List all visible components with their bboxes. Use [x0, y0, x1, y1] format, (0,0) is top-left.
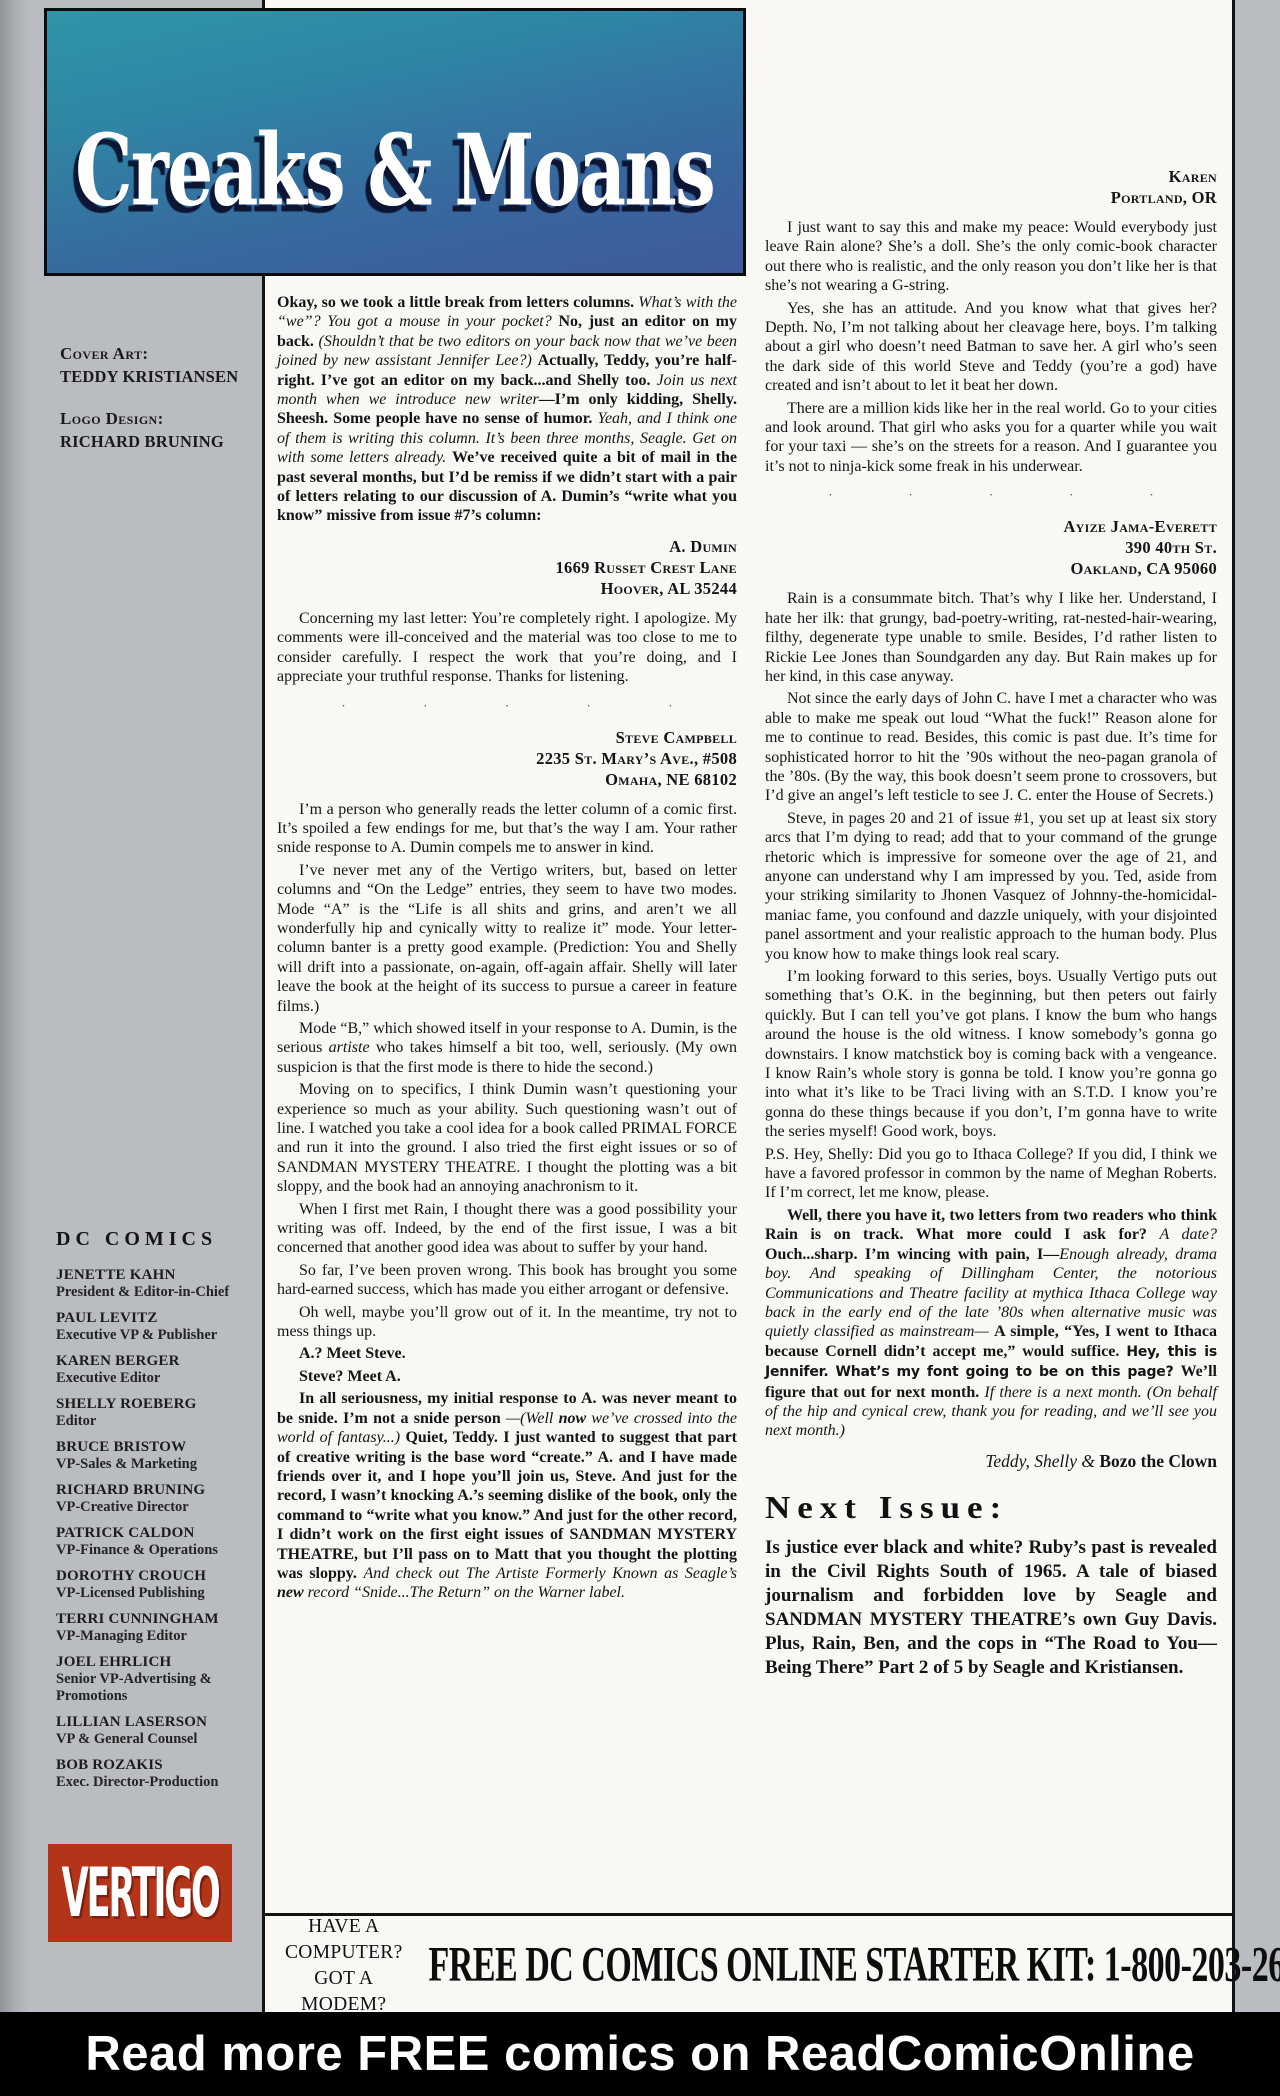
letter-writer-address: KarenPortland, OR [765, 166, 1217, 208]
site-watermark-bar[interactable]: Read more FREE comics on ReadComicOnline [0, 2012, 1280, 2096]
address-line: Oakland, CA 95060 [765, 558, 1217, 579]
page-scan-edge [0, 0, 30, 2012]
text-run: Ouch...sharp. I’m wincing with pain, I— [765, 1246, 1059, 1263]
dc-comics-heading: DC COMICS [56, 1228, 261, 1251]
credits-block: Cover Art:TEDDY KRISTIANSENLogo Design:R… [60, 344, 255, 474]
letter-paragraph: Mode “B,” which showed itself in your re… [277, 1019, 737, 1077]
letters-column-right: KarenPortland, ORI just want to say this… [765, 156, 1217, 1683]
text-run: now [559, 1410, 587, 1427]
vertigo-logo: VERTIGO [48, 1844, 232, 1942]
staff-title: VP-Sales & Marketing [56, 1456, 261, 1473]
staff-name: JENETTE KAHN [56, 1267, 261, 1284]
text-run: P.S. Hey, Shelly: Did you go to Ithaca C… [765, 1146, 1217, 1202]
text-run: Rain is a consummate bitch. That’s why I… [765, 590, 1217, 685]
title-banner: Creaks & Moans [44, 8, 746, 276]
staff-name: LILLIAN LASERSON [56, 1714, 261, 1731]
text-run: A date? [1159, 1226, 1217, 1243]
vertigo-logo-text: VERTIGO [61, 1854, 218, 1932]
address-line: 390 40th St. [765, 537, 1217, 558]
text-run: Yes, she has an attitude. And you know w… [765, 300, 1217, 395]
staff-title: VP-Managing Editor [56, 1628, 261, 1645]
staff-entry: RICHARD BRUNINGVP-Creative Director [56, 1482, 261, 1516]
letter-paragraph: I’ve never met any of the Vertigo writer… [277, 861, 737, 1016]
letter-paragraph: Steve? Meet A. [277, 1367, 737, 1386]
staff-name: KAREN BERGER [56, 1353, 261, 1370]
staff-entry: PATRICK CALDONVP-Finance & Operations [56, 1525, 261, 1559]
letter-paragraph: In all seriousness, my initial response … [277, 1389, 737, 1602]
staff-title: President & Editor-in-Chief [56, 1284, 261, 1301]
footer-divider-rule [262, 1913, 1235, 1916]
staff-entry: PAUL LEVITZExecutive VP & Publisher [56, 1310, 261, 1344]
letter-paragraph: Okay, so we took a little break from let… [277, 293, 737, 526]
staff-name: PATRICK CALDON [56, 1525, 261, 1542]
letter-paragraph: P.S. Hey, Shelly: Did you go to Ithaca C… [765, 1145, 1217, 1203]
letter-writer-address: Steve Campbell2235 St. Mary’s Ave., #508… [277, 727, 737, 790]
staff-name: PAUL LEVITZ [56, 1310, 261, 1327]
text-run: record “Snide...The Return” on the Warne… [304, 1584, 625, 1601]
staff-entry: SHELLY ROEBERGEditor [56, 1396, 261, 1430]
have-computer-line: HAVE A COMPUTER? [285, 1914, 403, 1966]
text-run: Bozo the Clown [1099, 1451, 1217, 1471]
dc-comics-block: DC COMICS JENETTE KAHNPresident & Editor… [56, 1228, 261, 1800]
text-run: —(Well [506, 1410, 559, 1427]
text-run: Steve? Meet A. [299, 1368, 401, 1385]
address-line: 2235 St. Mary’s Ave., #508 [277, 748, 737, 769]
staff-entry: BRUCE BRISTOWVP-Sales & Marketing [56, 1439, 261, 1473]
text-run: new [277, 1584, 304, 1601]
letter-paragraph: So far, I’ve been proven wrong. This boo… [277, 1261, 737, 1300]
letters-column-left: Okay, so we took a little break from let… [277, 293, 737, 1606]
text-run: Oh well, maybe you’ll grow out of it. In… [277, 1304, 737, 1340]
text-run: Well, there you have it, two letters fro… [765, 1207, 1217, 1243]
editor-signature: Teddy, Shelly & Bozo the Clown [765, 1451, 1217, 1472]
text-run: Steve, in pages 20 and 21 of issue #1, y… [765, 810, 1217, 963]
text-run: Concerning my last letter: You’re comple… [277, 610, 737, 685]
text-run: And check out The Artiste Formerly Known… [363, 1565, 737, 1582]
letter-writer-address: A. Dumin1669 Russet Crest LaneHoover, AL… [277, 536, 737, 599]
text-run: When I first met Rain, I thought there w… [277, 1201, 737, 1257]
text-run: Is justice ever black and white? Ruby’s … [765, 1537, 1217, 1678]
letter-paragraph: There are a million kids like her in the… [765, 399, 1217, 477]
staff-list: JENETTE KAHNPresident & Editor-in-ChiefP… [56, 1267, 261, 1791]
address-line: Karen [765, 166, 1217, 187]
letter-paragraph: Rain is a consummate bitch. That’s why I… [765, 589, 1217, 686]
letter-paragraph: I just want to say this and make my peac… [765, 218, 1217, 296]
text-run: A.? Meet Steve. [299, 1345, 406, 1362]
section-divider: ····· [828, 490, 1153, 500]
staff-title: Executive Editor [56, 1370, 261, 1387]
staff-entry: TERRI CUNNINGHAMVP-Managing Editor [56, 1611, 261, 1645]
text-run: There are a million kids like her in the… [765, 400, 1217, 475]
address-line: A. Dumin [277, 536, 737, 557]
staff-entry: BOB ROZAKISExec. Director-Production [56, 1757, 261, 1791]
text-run: So far, I’ve been proven wrong. This boo… [277, 1262, 737, 1298]
staff-name: BOB ROZAKIS [56, 1757, 261, 1774]
credit-name: RICHARD BRUNING [60, 432, 255, 452]
address-line: Portland, OR [765, 187, 1217, 208]
staff-entry: JENETTE KAHNPresident & Editor-in-Chief [56, 1267, 261, 1301]
staff-title: Senior VP-Advertising & Promotions [56, 1671, 261, 1705]
staff-name: DOROTHY CROUCH [56, 1568, 261, 1585]
next-issue-text: Is justice ever black and white? Ruby’s … [765, 1536, 1217, 1680]
staff-entry: DOROTHY CROUCHVP-Licensed Publishing [56, 1568, 261, 1602]
staff-title: Executive VP & Publisher [56, 1327, 261, 1344]
got-modem-line: GOT A MODEM? [285, 1966, 403, 2018]
staff-name: SHELLY ROEBERG [56, 1396, 261, 1413]
text-run: I’m looking forward to this series, boys… [765, 968, 1217, 1140]
text-run: I’m a person who generally reads the let… [277, 801, 737, 857]
letter-writer-address: Ayize Jama-Everett390 40th St.Oakland, C… [765, 516, 1217, 579]
online-promo-strip: HAVE A COMPUTER? GOT A MODEM? FREE DC CO… [285, 1924, 1230, 2008]
credit-label: Cover Art: [60, 344, 255, 364]
credit-name: TEDDY KRISTIANSEN [60, 367, 255, 387]
staff-entry: LILLIAN LASERSONVP & General Counsel [56, 1714, 261, 1748]
letter-paragraph: I’m a person who generally reads the let… [277, 800, 737, 858]
text-run: artiste [329, 1039, 370, 1056]
address-line: Omaha, NE 68102 [277, 769, 737, 790]
text-run: I just want to say this and make my peac… [765, 219, 1217, 294]
section-divider: ····· [341, 701, 672, 711]
credit-label: Logo Design: [60, 409, 255, 429]
address-line: Hoover, AL 35244 [277, 578, 737, 599]
staff-title: VP & General Counsel [56, 1731, 261, 1748]
staff-title: VP-Finance & Operations [56, 1542, 261, 1559]
site-watermark-text[interactable]: Read more FREE comics on ReadComicOnline [85, 2026, 1194, 2082]
letter-paragraph: Concerning my last letter: You’re comple… [277, 609, 737, 687]
staff-entry: JOEL EHRLICHSenior VP-Advertising & Prom… [56, 1654, 261, 1705]
text-run: Moving on to specifics, I think Dumin wa… [277, 1081, 737, 1195]
next-issue-heading: Next Issue: [765, 1489, 1217, 1526]
letter-paragraph: Moving on to specifics, I think Dumin wa… [277, 1080, 737, 1196]
letter-paragraph: I’m looking forward to this series, boys… [765, 967, 1217, 1142]
text-run: I’ve never met any of the Vertigo writer… [277, 862, 737, 1015]
text-run: Quiet, Teddy. I just wanted to suggest t… [277, 1429, 737, 1582]
letter-paragraph: Yes, she has an attitude. And you know w… [765, 299, 1217, 396]
letter-paragraph: A.? Meet Steve. [277, 1344, 737, 1363]
letters-page: Creaks & Moans Cover Art:TEDDY KRISTIANS… [0, 0, 1280, 2096]
address-line: Steve Campbell [277, 727, 737, 748]
staff-title: VP-Creative Director [56, 1499, 261, 1516]
modem-question: HAVE A COMPUTER? GOT A MODEM? [285, 1914, 403, 2018]
letter-paragraph: Not since the early days of John C. have… [765, 689, 1217, 805]
text-run: Teddy, Shelly & [985, 1451, 1099, 1471]
address-line: 1669 Russet Crest Lane [277, 557, 737, 578]
staff-name: TERRI CUNNINGHAM [56, 1611, 261, 1628]
staff-name: JOEL EHRLICH [56, 1654, 261, 1671]
staff-entry: KAREN BERGERExecutive Editor [56, 1353, 261, 1387]
page-title: Creaks & Moans [75, 111, 714, 227]
letter-paragraph: When I first met Rain, I thought there w… [277, 1200, 737, 1258]
staff-name: RICHARD BRUNING [56, 1482, 261, 1499]
starter-kit-offer: FREE DC COMICS ONLINE STARTER KIT: 1-800… [429, 1938, 1280, 1993]
staff-title: Exec. Director-Production [56, 1774, 261, 1791]
staff-name: BRUCE BRISTOW [56, 1439, 261, 1456]
address-line: Ayize Jama-Everett [765, 516, 1217, 537]
staff-title: VP-Licensed Publishing [56, 1585, 261, 1602]
letter-paragraph: Steve, in pages 20 and 21 of issue #1, y… [765, 809, 1217, 964]
letter-paragraph: Well, there you have it, two letters fro… [765, 1206, 1217, 1441]
letter-paragraph: Oh well, maybe you’ll grow out of it. In… [277, 1303, 737, 1342]
text-run: Okay, so we took a little break from let… [277, 294, 638, 311]
text-run: Not since the early days of John C. have… [765, 690, 1217, 804]
staff-title: Editor [56, 1413, 261, 1430]
